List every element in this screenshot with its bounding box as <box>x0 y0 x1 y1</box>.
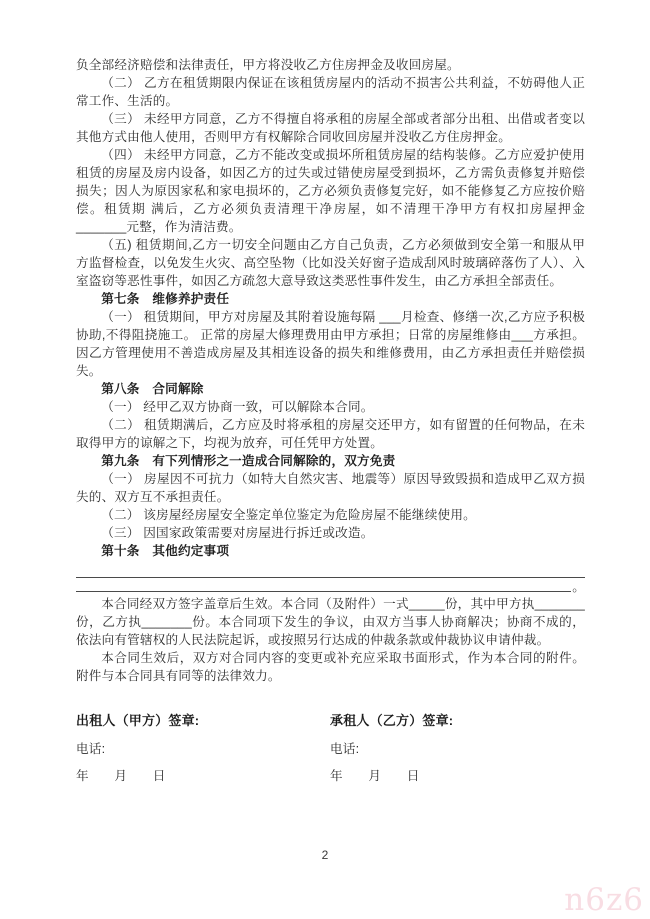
lessor-date-line: 年 月 日 <box>76 767 330 785</box>
clause-9-item-2: （二） 该房屋经房屋安全鉴定单位鉴定为危险房屋不能继续使用。 <box>76 506 585 524</box>
blank-fill-rule <box>76 577 571 592</box>
fill-line-period: 。 <box>571 582 585 592</box>
clause-6-item-3: （三） 未经甲方同意，乙方不得擅自将承租的房屋全部或者部分出租、出借或者变以其他… <box>76 110 585 146</box>
contract-body: 负全部经济赔偿和法律责任，甲方将没收乙方住房押金及收回房屋。 （二） 乙方在租赁… <box>76 56 585 785</box>
blank-fill-line-1 <box>76 560 585 578</box>
watermark: n6z6 <box>564 883 644 917</box>
lessor-signature-label: 出租人（甲方）签章: <box>76 712 330 730</box>
lessee-date-line: 年 月 日 <box>330 767 585 785</box>
clause-8-item-2: （二） 租赁期满后，乙方应及时将承租的房屋交还甲方，如有留置的任何物品，在未取得… <box>76 416 585 452</box>
lessor-phone-label: 电话: <box>76 740 330 758</box>
section-heading-article-9: 第九条 有下列情形之一造成合同解除的，双方免责 <box>76 452 585 470</box>
clause-8-item-1: （一） 经甲乙双方协商一致，可以解除本合同。 <box>76 398 585 416</box>
lessee-signature-label: 承租人（乙方）签章: <box>330 712 585 730</box>
clause-6-item-5: （五) 租赁期间,乙方一切安全问题由乙方自己负责，乙方必须做到安全第一和服从甲方… <box>76 236 585 290</box>
lessee-signature-area: 承租人（乙方）签章: 电话: 年 月 日 <box>330 712 585 785</box>
lessee-phone-label: 电话: <box>330 740 585 758</box>
lessor-signature-area: 出租人（甲方）签章: 电话: 年 月 日 <box>76 712 330 785</box>
blank-fill-line-2: 。 <box>76 578 585 592</box>
clause-amendments: 本合同生效后，双方对合同内容的变更或补充应采取书面形式，作为本合同的附件。附件与… <box>76 649 585 685</box>
page-number: 2 <box>0 848 650 862</box>
clause-effectiveness: 本合同经双方签字盖章后生效。本合同（及附件）一式_____份，其中甲方执____… <box>76 595 585 649</box>
clause-6-continuation: 负全部经济赔偿和法律责任，甲方将没收乙方住房押金及收回房屋。 <box>76 56 585 74</box>
clause-9-item-3: （三） 因国家政策需要对房屋进行拆迁或改造。 <box>76 524 585 542</box>
signature-block: 出租人（甲方）签章: 电话: 年 月 日 承租人（乙方）签章: 电话: 年 月 … <box>76 712 585 785</box>
clause-7-item-1: （一） 租赁期间，甲方对房屋及其附着设施每隔 ___月检查、修缮一次,乙方应予积… <box>76 308 585 380</box>
clause-6-item-4: （四） 未经甲方同意，乙方不能改变或损坏所租赁房屋的结构装修。乙方应爱护使用租赁… <box>76 146 585 236</box>
section-heading-article-8: 第八条 合同解除 <box>76 380 585 398</box>
clause-9-item-1: （一） 房屋因不可抗力（如特大自然灾害、地震等）原因导致毁损和造成甲乙双方损失的… <box>76 470 585 506</box>
section-heading-article-10: 第十条 其他约定事项 <box>76 542 585 560</box>
clause-6-item-2: （二） 乙方在租赁期限内保证在该租赁房屋内的活动不损害公共利益，不妨碍他人正常工… <box>76 74 585 110</box>
section-heading-article-7: 第七条 维修养护责任 <box>76 290 585 308</box>
contract-page: 负全部经济赔偿和法律责任，甲方将没收乙方住房押金及收回房屋。 （二） 乙方在租赁… <box>0 0 650 919</box>
signature-title-row: 出租人（甲方）签章: 电话: 年 月 日 承租人（乙方）签章: 电话: 年 月 … <box>76 712 585 785</box>
